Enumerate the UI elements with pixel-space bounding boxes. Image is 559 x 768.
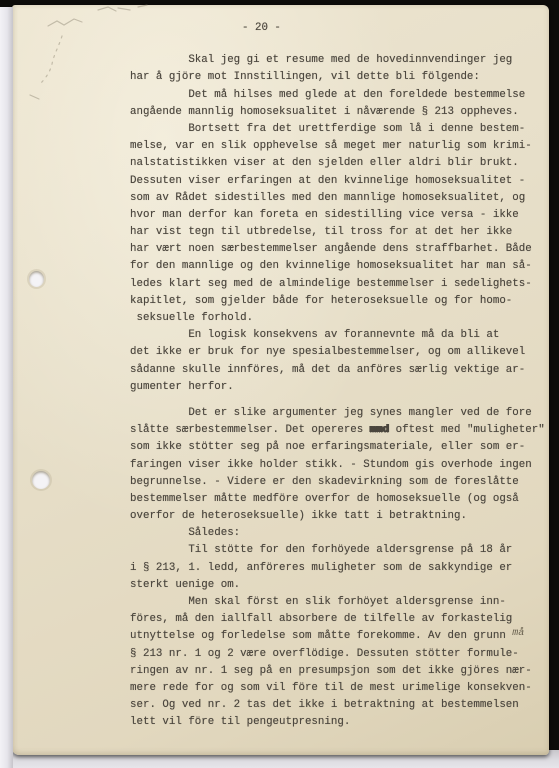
text-line: melse, var en slik opphevelse så meget m… [130, 138, 547, 155]
text-line: seksuelle forhold. [130, 310, 547, 327]
text-line: som ikke stötter seg på noe erfaringsmat… [130, 439, 547, 456]
text-line: kapitlet, som gjelder både for heterosek… [130, 293, 547, 310]
text-line: slåtte særbestemmelser. Det opereres mmd… [130, 422, 547, 439]
text-line: utnyttelse og forledelse som måtte forek… [130, 628, 547, 645]
text-line: gumenter herfor. [130, 379, 547, 396]
document-page: - 20 - Skal jeg gi et resume med de hove… [12, 5, 549, 755]
text-line: Til stötte for den forhöyede aldersgrens… [130, 542, 547, 559]
text-line: har vært noen særbestemmelser angående d… [130, 241, 547, 258]
text-line: Skal jeg gi et resume med de hovedinnven… [130, 52, 547, 69]
handwritten-word: må [512, 628, 524, 639]
punch-hole-bottom [32, 471, 50, 489]
scanner-edge-strip [0, 7, 13, 768]
text-line: Det må hilses med glede at den foreldede… [130, 87, 547, 104]
text-line: det ikke er bruk for nye spesialbestemme… [130, 344, 547, 361]
text-line: § 213 nr. 1 og 2 være overflödige. Dessu… [130, 646, 547, 663]
punch-hole-top [29, 271, 44, 287]
text-line: Det er slike argumenter jeg synes mangle… [130, 405, 547, 422]
text-line: bestemmelser måtte medföre overfor de ho… [130, 491, 547, 508]
text-line: sterkt uenige om. [130, 577, 547, 594]
text-line: Bortsett fra det urettferdige som lå i d… [130, 121, 547, 138]
text-line: Således: [130, 525, 547, 542]
text-line: ser. Og ved nr. 2 tas det ikke i betrakt… [130, 697, 547, 714]
typewritten-text: - 20 - Skal jeg gi et resume med de hove… [12, 5, 549, 732]
text-line: begrunnelse. - Videre er den skadevirkni… [130, 474, 547, 491]
text-line: Dessuten viser erfaringen at den kvinnel… [130, 173, 547, 190]
text-line: En logisk konsekvens av forannevnte må d… [130, 327, 547, 344]
text-line: for den mannlige og den kvinnelige homos… [130, 258, 547, 275]
text-line: ledes klart seg med de almindelige beste… [130, 276, 547, 293]
text-line: faringen viser ikke holder stikk. - Stun… [130, 457, 547, 474]
text-line: föres, må den iallfall absorbere de tilf… [130, 611, 547, 628]
text-line: nalstatistikken viser at den sjelden ell… [130, 155, 547, 172]
struck-out-word: mmd [370, 424, 389, 436]
text-line: som av Rådet sidestilles med den mannlig… [130, 190, 547, 207]
scanned-document-photo: { "document": { "header": "- 20 -", "lin… [0, 0, 559, 768]
text-line: har å gjöre mot Innstillingen, vil dette… [130, 69, 547, 86]
text-line: angående mannlig homoseksualitet i nåvær… [130, 104, 547, 121]
text-line: mere rede for og som vil före til de mes… [130, 680, 547, 697]
text-line: har vist tegn til utbredelse, til tross … [130, 224, 547, 241]
text-line: sådanne skulle innföres, må det da anför… [130, 362, 547, 379]
body-lines: Skal jeg gi et resume med de hovedinnven… [130, 52, 547, 731]
text-line: hvor man derfor kan foreta en sidestilli… [130, 207, 547, 224]
text-line [130, 396, 547, 405]
page-number: - 20 - [130, 20, 547, 37]
text-line: ringen av nr. 1 seg på en presumpsjon so… [130, 663, 547, 680]
pencil-marks [20, 2, 180, 102]
text-line: Men skal först en slik forhöyet aldersgr… [130, 594, 547, 611]
text-line: lett vil före til pengeutpresning. [130, 714, 547, 731]
text-line: i § 213, 1. ledd, anföreres muligheter s… [130, 560, 547, 577]
text-line: overfor de heteroseksuelle) ikke tatt i … [130, 508, 547, 525]
